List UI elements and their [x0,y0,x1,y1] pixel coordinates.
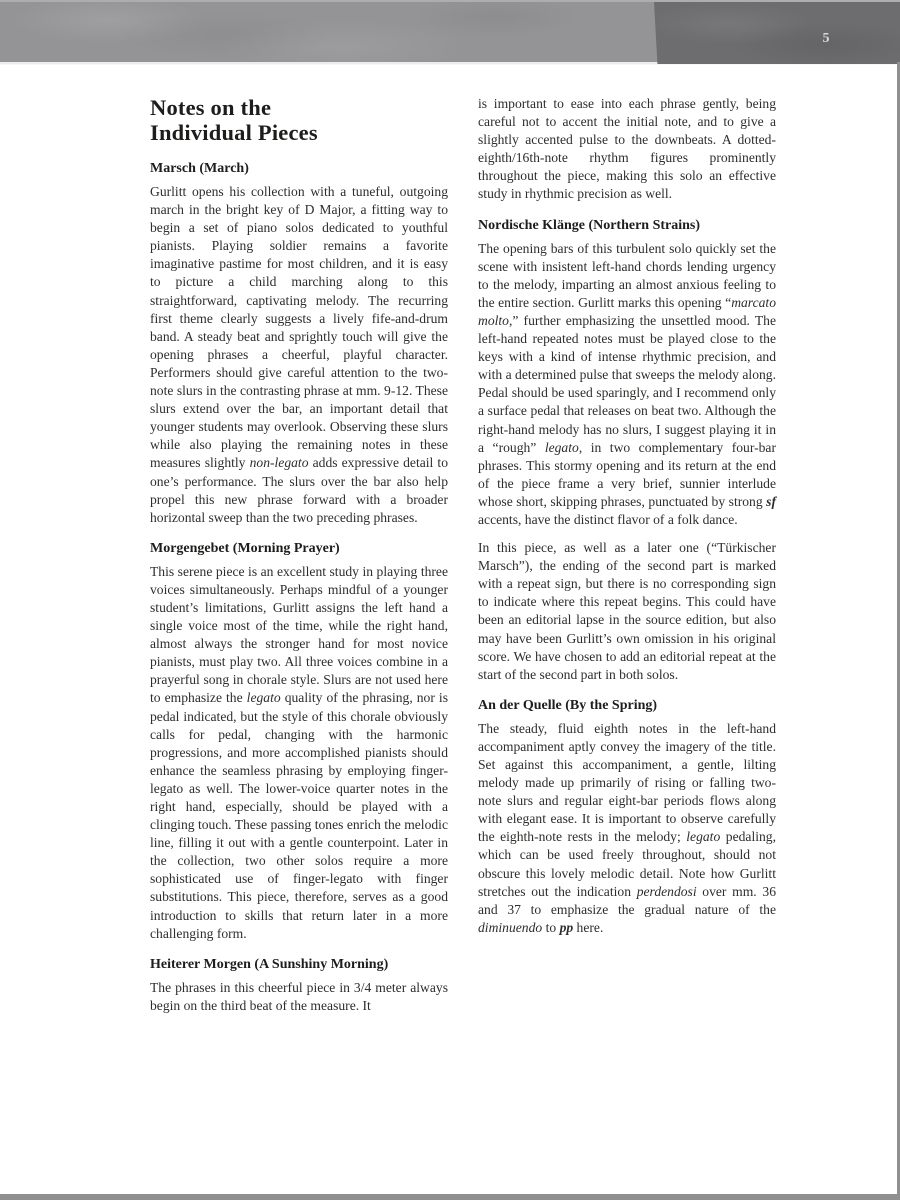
paragraph: The steady, fluid eighth notes in the le… [478,720,776,937]
piece-heading: An der Quelle (By the Spring) [478,697,776,714]
page-number: 5 [823,31,831,47]
scanned-book-page: 5 Notes on the Individual Pieces Marsch … [0,0,900,1200]
left-column-text: Marsch (March)Gurlitt opens his collecti… [150,160,448,1015]
page-content: Notes on the Individual Pieces Marsch (M… [150,95,776,1025]
left-column: Notes on the Individual Pieces Marsch (M… [150,95,448,1025]
paragraph: This serene piece is an excellent study … [150,563,448,943]
piece-heading: Heiterer Morgen (A Sunshiny Morning) [150,956,448,973]
paragraph: The phrases in this cheerful piece in 3/… [150,979,448,1015]
page-title: Notes on the Individual Pieces [150,95,448,145]
piece-heading: Marsch (March) [150,160,448,177]
right-column: is important to ease into each phrase ge… [478,95,776,1025]
piece-heading: Nordische Klänge (Northern Strains) [478,217,776,234]
paragraph: Gurlitt opens his collection with a tune… [150,183,448,527]
paragraph: In this piece, as well as a later one (“… [478,539,776,684]
paragraph: is important to ease into each phrase ge… [478,95,776,204]
scan-bottom-edge-line [0,1194,900,1200]
right-column-text: is important to ease into each phrase ge… [478,95,776,937]
piece-heading: Morgengebet (Morning Prayer) [150,540,448,557]
page-header-band: 5 [0,0,900,62]
paragraph: The opening bars of this turbulent solo … [478,240,776,530]
header-band-dark-section [654,2,900,64]
